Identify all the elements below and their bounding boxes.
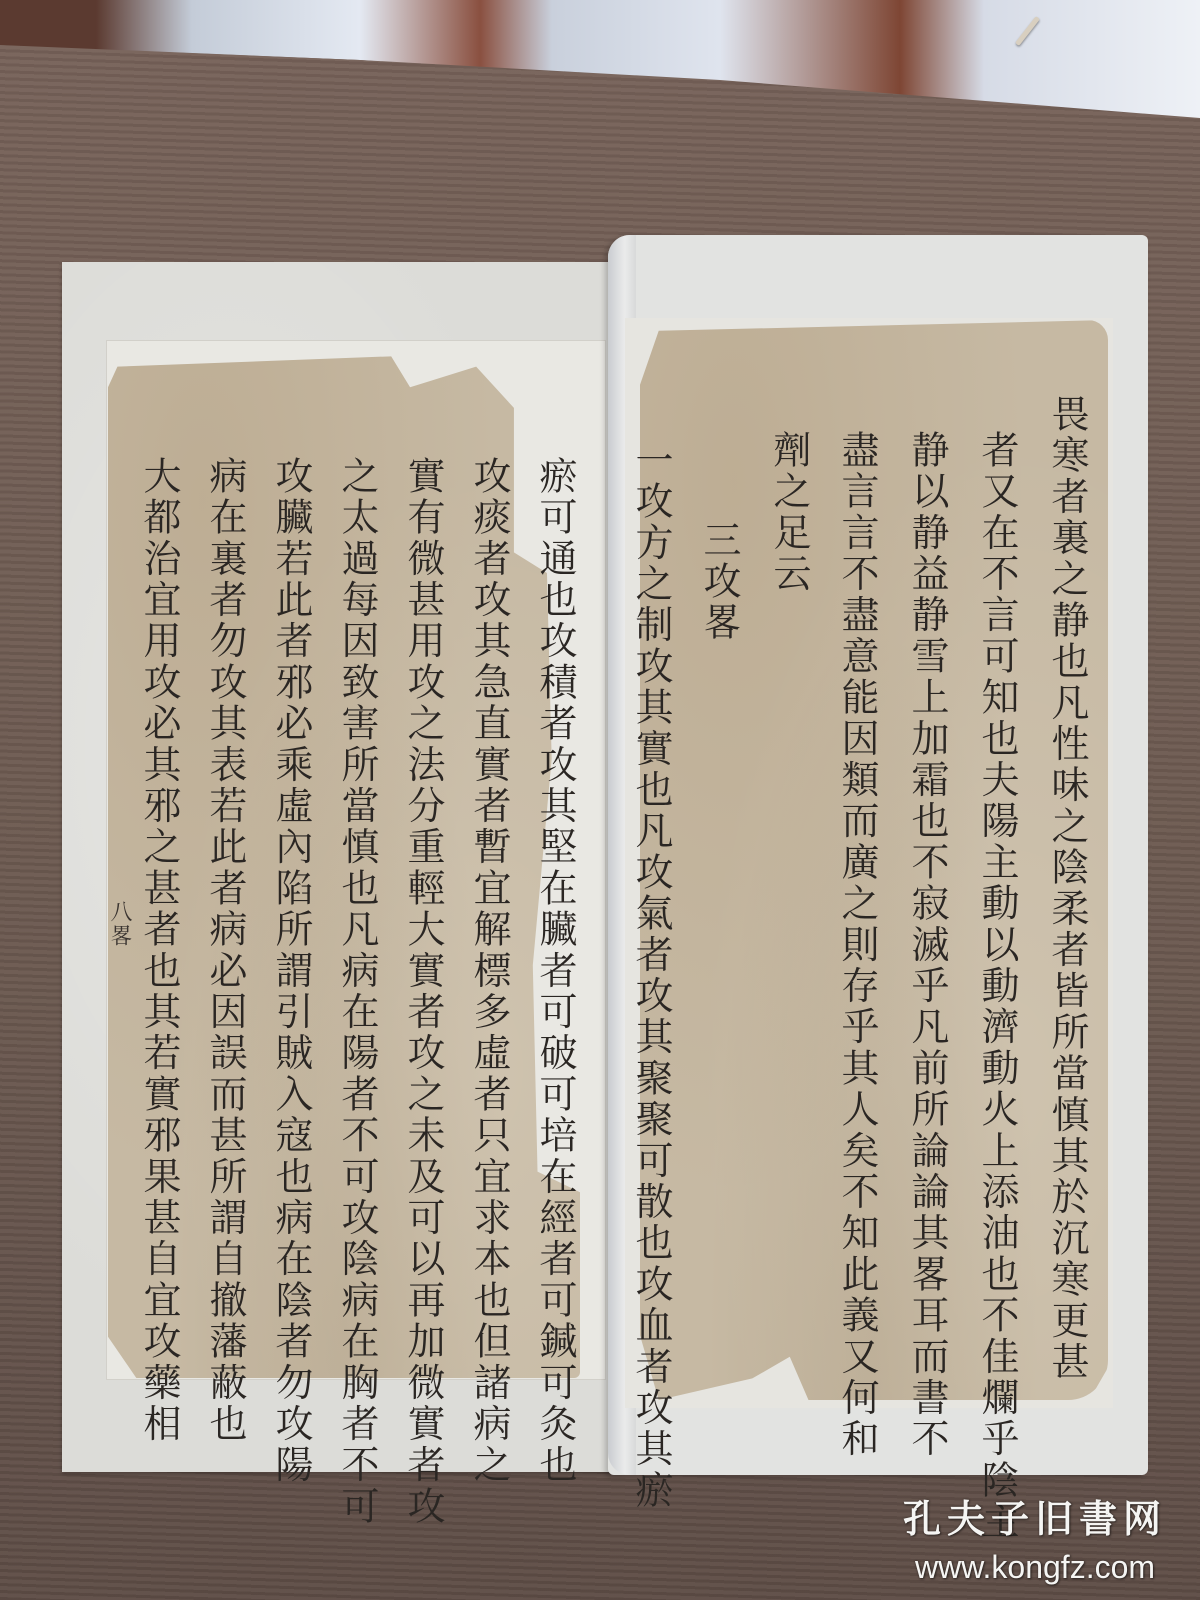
left-page-column-4: 之太過每因致害所當慎也凡病在陽者不可攻陰病在胸者不可	[338, 456, 376, 1527]
watermark-url: www.kongfz.com	[900, 1549, 1170, 1586]
right-page-column-5: 劑之足云	[770, 430, 808, 595]
right-page-column-7: 一攻方之制攻其實也凡攻氣者攻其聚聚可散也攻血者攻其瘀	[632, 440, 670, 1511]
page-margin-label: 八畧	[108, 900, 130, 948]
left-page-column-6: 病在裏者勿攻其表若此者病必因誤而甚所謂自撤藩蔽也	[206, 456, 244, 1445]
right-page-column-1: 畏寒者裏之静也凡性味之陰柔者皆所當慎其於沉寒更甚	[1048, 394, 1086, 1383]
left-page-column-2: 攻痰者攻其急直實者暫宜解標多虛者只宜求本也但諸病之	[470, 456, 508, 1486]
watermark-site-name: 孔夫子旧書网	[900, 1488, 1170, 1543]
left-page-column-3: 實有微甚用攻之法分重輕大實者攻之未及可以再加微實者攻	[404, 456, 442, 1527]
right-page-column-3: 静以静益静雪上加霜也不寂滅乎凡前所論論其畧耳而書不	[908, 430, 946, 1460]
right-page-column-2: 者又在不言可知也夫陽主動以動濟動火上添油也不佳爛乎陰主	[978, 430, 1016, 1542]
right-page-column-4: 盡言言不盡意能因類而廣之則存乎其人矣不知此義又何和	[838, 430, 876, 1460]
left-page-column-7: 大都治宜用攻必其邪之甚者也其若實邪果甚自宜攻藥相	[140, 456, 178, 1445]
left-page-column-5: 攻臟若此者邪必乘虛內陷所謂引賊入寇也病在陰者勿攻陽	[272, 456, 310, 1486]
left-page-column-1: 瘀可通也攻積者攻其堅在臟者可破可培在經者可鍼可灸也	[536, 456, 574, 1486]
watermark: 孔夫子旧書网 www.kongfz.com	[900, 1488, 1170, 1586]
section-heading: 三攻畧	[700, 520, 738, 643]
